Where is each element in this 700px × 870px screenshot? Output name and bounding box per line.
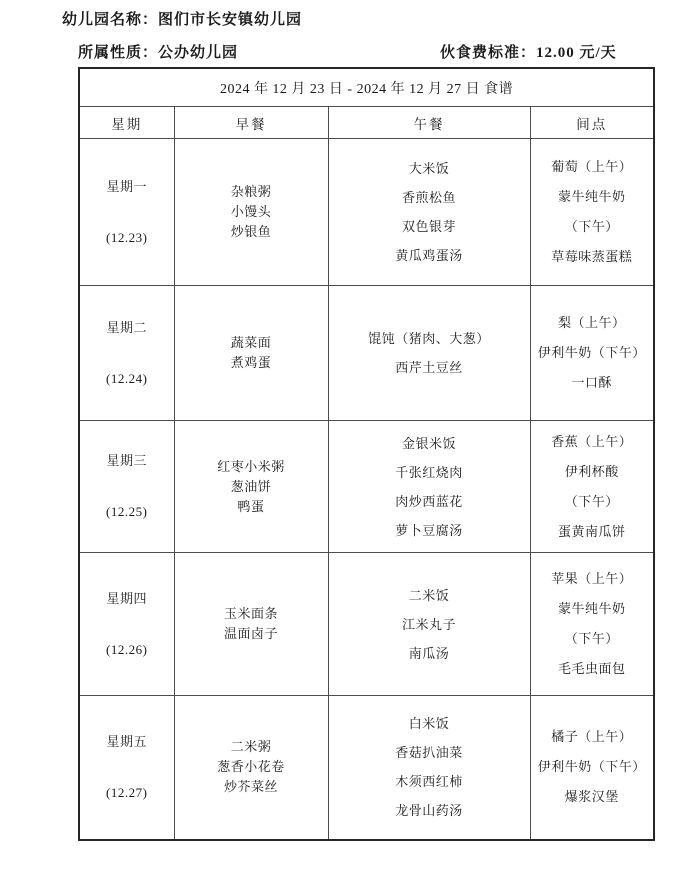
table-row: 星期四 (12.26) 玉米面条 温面卤子 二米饭 江米丸子 南瓜汤 苹果（上午…: [79, 553, 654, 696]
day-cell: 星期二 (12.24): [79, 286, 174, 421]
kindergarten-name-value: 图们市长安镇幼儿园: [158, 12, 302, 28]
ownership-value: 公办幼儿园: [158, 45, 238, 61]
document-page: 幼儿园名称：图们市长安镇幼儿园 所属性质：公办幼儿园 伙食费标准：12.00 元…: [0, 0, 700, 870]
table-row: 星期二 (12.24) 蔬菜面 煮鸡蛋 馄饨（猪肉、大葱） 西芹土豆丝 梨（上午…: [79, 286, 654, 421]
day-label: 星期四: [82, 589, 172, 609]
snack-cell: 梨（上午） 伊利牛奶（下午） 一口酥: [530, 286, 654, 421]
table-row: 星期三 (12.25) 红枣小米粥 葱油饼 鸭蛋 金银米饭 千张红烧肉 肉炒西蓝…: [79, 421, 654, 553]
day-label: 星期一: [82, 177, 172, 197]
day-cell: 星期五 (12.27): [79, 696, 174, 840]
day-cell: 星期一 (12.23): [79, 139, 174, 286]
menu-table: 2024 年 12 月 23 日 - 2024 年 12 月 27 日 食谱 星…: [78, 67, 655, 841]
date-label: (12.25): [82, 502, 172, 522]
meal-fee-value: 12.00: [536, 45, 575, 61]
lunch-cell: 二米饭 江米丸子 南瓜汤: [328, 553, 530, 696]
lunch-cell: 白米饭 香菇扒油菜 木须西红柿 龙骨山药汤: [328, 696, 530, 840]
col-header-snack: 间点: [530, 107, 654, 139]
date-label: (12.24): [82, 369, 172, 389]
table-header-row: 星期 早餐 午餐 间点: [79, 107, 654, 139]
kindergarten-name-label: 幼儿园名称：: [62, 12, 158, 28]
col-header-lunch: 午餐: [328, 107, 530, 139]
snack-cell: 香蕉（上午） 伊利杯酸 （下午） 蛋黄南瓜饼: [530, 421, 654, 553]
table-row: 星期五 (12.27) 二米粥 葱香小花卷 炒芥菜丝 白米饭 香菇扒油菜 木须西…: [79, 696, 654, 840]
day-cell: 星期三 (12.25): [79, 421, 174, 553]
lunch-cell: 金银米饭 千张红烧肉 肉炒西蓝花 萝卜豆腐汤: [328, 421, 530, 553]
day-label: 星期二: [82, 318, 172, 338]
day-cell: 星期四 (12.26): [79, 553, 174, 696]
lunch-cell: 大米饭 香煎松鱼 双色银芽 黄瓜鸡蛋汤: [328, 139, 530, 286]
meal-fee-unit: 元/天: [580, 45, 617, 61]
col-header-breakfast: 早餐: [174, 107, 328, 139]
kindergarten-name-line: 幼儿园名称：图们市长安镇幼儿园: [62, 8, 302, 29]
date-label: (12.26): [82, 640, 172, 660]
meal-fee-label: 伙食费标准：: [440, 45, 536, 61]
table-row: 星期一 (12.23) 杂粮粥 小馒头 炒银鱼 大米饭 香煎松鱼 双色银芽 黄瓜…: [79, 139, 654, 286]
meal-fee-line: 伙食费标准：12.00 元/天: [440, 41, 617, 62]
date-label: (12.27): [82, 783, 172, 803]
table-title-row: 2024 年 12 月 23 日 - 2024 年 12 月 27 日 食谱: [79, 68, 654, 107]
ownership-line: 所属性质：公办幼儿园: [78, 41, 238, 62]
snack-cell: 苹果（上午） 蒙牛纯牛奶（下午） 毛毛虫面包: [530, 553, 654, 696]
col-header-day: 星期: [79, 107, 174, 139]
breakfast-cell: 二米粥 葱香小花卷 炒芥菜丝: [174, 696, 328, 840]
breakfast-cell: 蔬菜面 煮鸡蛋: [174, 286, 328, 421]
breakfast-cell: 杂粮粥 小馒头 炒银鱼: [174, 139, 328, 286]
date-label: (12.23): [82, 228, 172, 248]
breakfast-cell: 玉米面条 温面卤子: [174, 553, 328, 696]
table-title: 2024 年 12 月 23 日 - 2024 年 12 月 27 日 食谱: [79, 68, 654, 107]
lunch-cell: 馄饨（猪肉、大葱） 西芹土豆丝: [328, 286, 530, 421]
snack-cell: 橘子（上午） 伊利牛奶（下午） 爆浆汉堡: [530, 696, 654, 840]
day-label: 星期三: [82, 451, 172, 471]
breakfast-cell: 红枣小米粥 葱油饼 鸭蛋: [174, 421, 328, 553]
snack-cell: 葡萄（上午） 蒙牛纯牛奶（下午） 草莓味蒸蛋糕: [530, 139, 654, 286]
day-label: 星期五: [82, 732, 172, 752]
ownership-label: 所属性质：: [78, 45, 158, 61]
